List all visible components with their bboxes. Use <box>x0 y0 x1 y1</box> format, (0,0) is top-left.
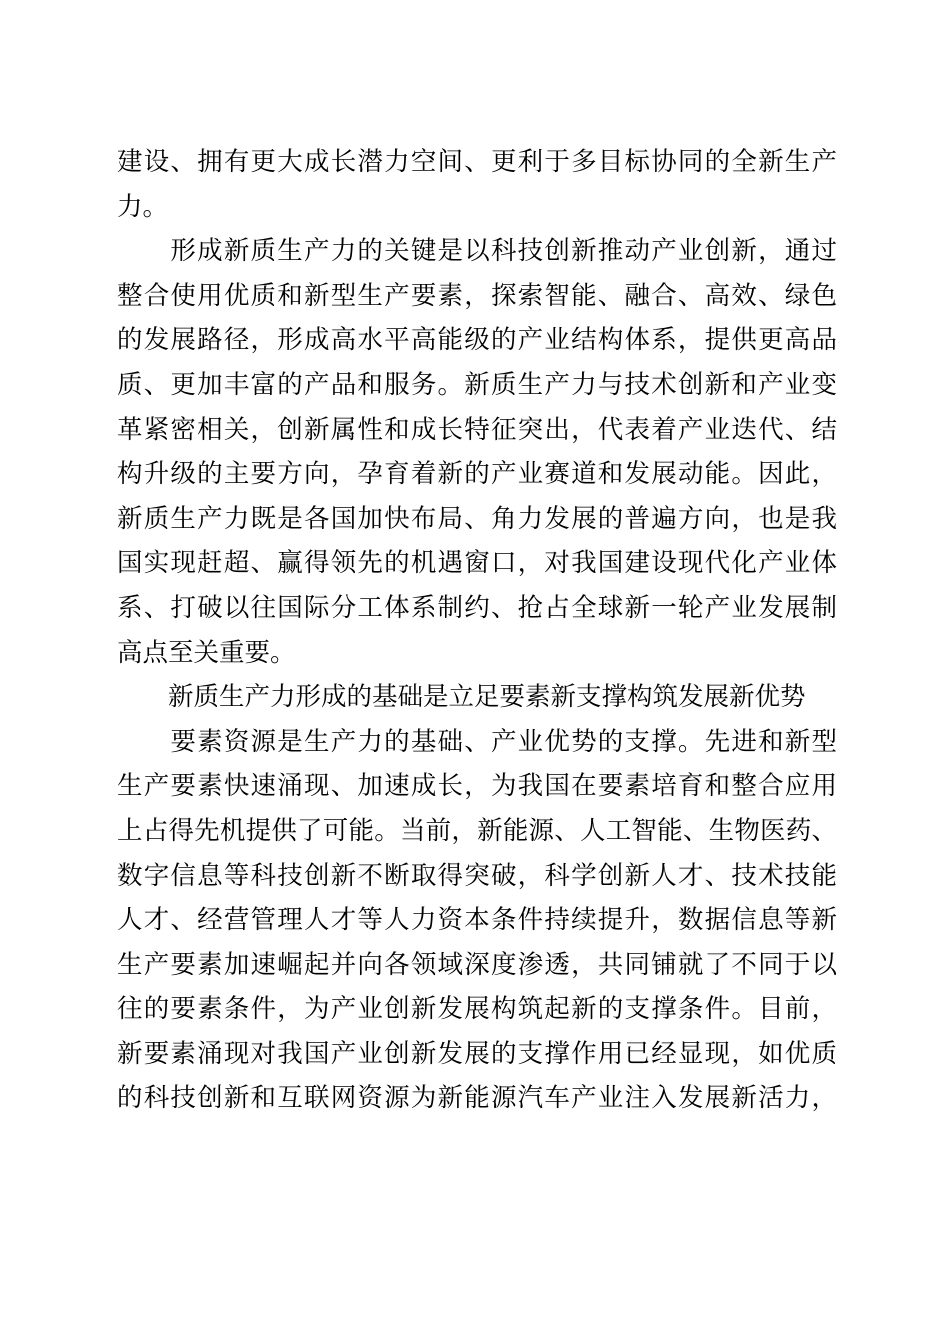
text-line: 整合使用优质和新型生产要素，探索智能、融合、高效、绿色 <box>117 274 837 319</box>
text-line: 形成新质生产力的关键是以科技创新推动产业创新，通过 <box>117 229 837 274</box>
text-line: 数字信息等科技创新不断取得突破，科学创新人才、技术技能 <box>117 854 837 899</box>
document-text-block: 建设、拥有更大成长潜力空间、更利于多目标协同的全新生产 力。 形成新质生产力的关… <box>117 140 837 1121</box>
text-line: 质、更加丰富的产品和服务。新质生产力与技术创新和产业变 <box>117 363 837 408</box>
document-page: 建设、拥有更大成长潜力空间、更利于多目标协同的全新生产 力。 形成新质生产力的关… <box>0 0 950 1344</box>
text-line: 新要素涌现对我国产业创新发展的支撑作用已经显现，如优质 <box>117 1032 837 1077</box>
text-line: 高点至关重要。 <box>117 631 837 676</box>
text-line: 生产要素快速涌现、加速成长，为我国在要素培育和整合应用 <box>117 764 837 809</box>
text-line: 的发展路径，形成高水平高能级的产业结构体系，提供更高品 <box>117 318 837 363</box>
text-line: 系、打破以往国际分工体系制约、抢占全球新一轮产业发展制 <box>117 586 837 631</box>
text-line: 构升级的主要方向，孕育着新的产业赛道和发展动能。因此， <box>117 452 837 497</box>
text-line: 要素资源是生产力的基础、产业优势的支撑。先进和新型 <box>117 720 837 765</box>
text-line: 的科技创新和互联网资源为新能源汽车产业注入发展新活力， <box>117 1076 837 1121</box>
text-line: 人才、经营管理人才等人力资本条件持续提升，数据信息等新 <box>117 898 837 943</box>
text-line: 国实现赶超、赢得领先的机遇窗口，对我国建设现代化产业体 <box>117 541 837 586</box>
text-line: 上占得先机提供了可能。当前，新能源、人工智能、生物医药、 <box>117 809 837 854</box>
text-line: 生产要素加速崛起并向各领域深度渗透，共同铺就了不同于以 <box>117 943 837 988</box>
text-line-subheading: 新质生产力形成的基础是立足要素新支撑构筑发展新优势 <box>117 675 837 720</box>
text-line: 新质生产力既是各国加快布局、角力发展的普遍方向，也是我 <box>117 497 837 542</box>
text-line: 往的要素条件，为产业创新发展构筑起新的支撑条件。目前， <box>117 987 837 1032</box>
text-line: 力。 <box>117 185 837 230</box>
text-line: 革紧密相关，创新属性和成长特征突出，代表着产业迭代、结 <box>117 408 837 453</box>
text-line: 建设、拥有更大成长潜力空间、更利于多目标协同的全新生产 <box>117 140 837 185</box>
